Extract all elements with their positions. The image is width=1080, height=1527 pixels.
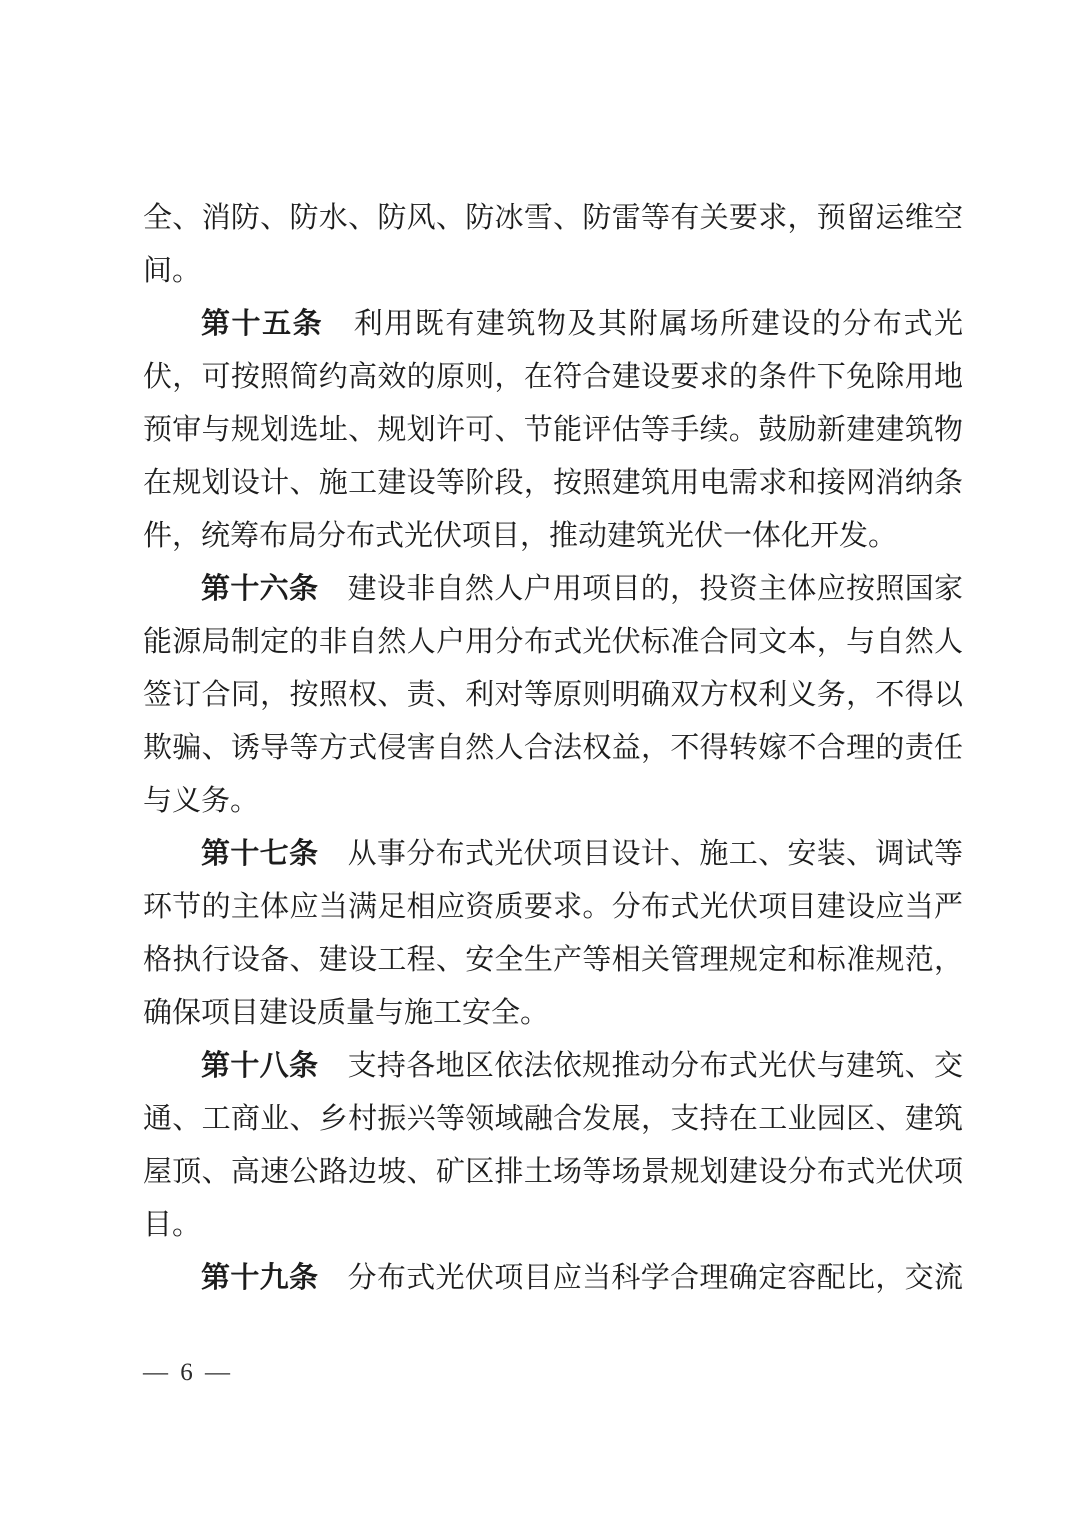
page-footer: — 6 —	[143, 1353, 233, 1393]
text-line: 预审与规划选址、规划许可、节能评估等手续。鼓励新建建筑物	[143, 404, 963, 457]
text-run: 从事分布式光伏项目设计、施工、安装、调试等	[318, 838, 963, 870]
text-run: 欺骗、诱导等方式侵害自然人合法权益，不得转嫁不合理的责任	[143, 732, 963, 764]
text-line: 通、工商业、乡村振兴等领域融合发展，支持在工业园区、建筑	[143, 1093, 963, 1146]
text-run: 环节的主体应当满足相应资质要求。分布式光伏项目建设应当严	[143, 891, 963, 923]
text-run: 伏，可按照简约高效的原则，在符合建设要求的条件下免除用地	[143, 361, 963, 393]
document-page: 全、消防、防水、防风、防冰雪、防雷等有关要求，预留运维空间。第十五条 利用既有建…	[0, 0, 1080, 1527]
text-run: 建设非自然人户用项目的，投资主体应按照国家	[318, 573, 963, 605]
text-line: 第十七条 从事分布式光伏项目设计、施工、安装、调试等	[143, 828, 963, 881]
text-line: 第十五条 利用既有建筑物及其附属场所建设的分布式光	[143, 298, 963, 351]
text-run: 在规划设计、施工建设等阶段，按照建筑用电需求和接网消纳条	[143, 467, 963, 499]
text-line: 屋顶、高速公路边坡、矿区排土场等场景规划建设分布式光伏项	[143, 1146, 963, 1199]
text-line: 全、消防、防水、防风、防冰雪、防雷等有关要求，预留运维空	[143, 192, 963, 245]
text-line: 欺骗、诱导等方式侵害自然人合法权益，不得转嫁不合理的责任	[143, 722, 963, 775]
text-line: 在规划设计、施工建设等阶段，按照建筑用电需求和接网消纳条	[143, 457, 963, 510]
text-line: 件，统筹布局分布式光伏项目，推动建筑光伏一体化开发。	[143, 510, 963, 563]
article-number: 第十七条	[201, 838, 318, 870]
text-run: 格执行设备、建设工程、安全生产等相关管理规定和标准规范，	[143, 944, 963, 976]
document-body: 全、消防、防水、防风、防冰雪、防雷等有关要求，预留运维空间。第十五条 利用既有建…	[143, 192, 963, 1305]
text-run: 屋顶、高速公路边坡、矿区排土场等场景规划建设分布式光伏项	[143, 1156, 963, 1188]
text-line: 伏，可按照简约高效的原则，在符合建设要求的条件下免除用地	[143, 351, 963, 404]
text-line: 格执行设备、建设工程、安全生产等相关管理规定和标准规范，	[143, 934, 963, 987]
text-line: 环节的主体应当满足相应资质要求。分布式光伏项目建设应当严	[143, 881, 963, 934]
text-run: 件，统筹布局分布式光伏项目，推动建筑光伏一体化开发。	[143, 520, 897, 552]
text-line: 目。	[143, 1199, 963, 1252]
text-run: 支持各地区依法依规推动分布式光伏与建筑、交	[318, 1050, 963, 1082]
article-number: 第十五条	[201, 308, 323, 340]
article-number: 第十九条	[201, 1262, 318, 1294]
text-run: 分布式光伏项目应当科学合理确定容配比，交流	[318, 1262, 963, 1294]
text-line: 能源局制定的非自然人户用分布式光伏标准合同文本，与自然人	[143, 616, 963, 669]
text-run: 间。	[143, 255, 201, 287]
text-line: 与义务。	[143, 775, 963, 828]
text-line: 第十六条 建设非自然人户用项目的，投资主体应按照国家	[143, 563, 963, 616]
page-number: — 6 —	[143, 1359, 233, 1386]
text-run: 全、消防、防水、防风、防冰雪、防雷等有关要求，预留运维空	[143, 202, 963, 234]
text-line: 签订合同，按照权、责、利对等原则明确双方权利义务，不得以	[143, 669, 963, 722]
text-line: 间。	[143, 245, 963, 298]
text-run: 预审与规划选址、规划许可、节能评估等手续。鼓励新建建筑物	[143, 414, 963, 446]
text-run: 目。	[143, 1209, 201, 1241]
text-run: 确保项目建设质量与施工安全。	[143, 997, 549, 1029]
text-run: 与义务。	[143, 785, 259, 817]
text-run: 利用既有建筑物及其附属场所建设的分布式光	[323, 308, 963, 340]
text-line: 第十八条 支持各地区依法依规推动分布式光伏与建筑、交	[143, 1040, 963, 1093]
text-line: 第十九条 分布式光伏项目应当科学合理确定容配比，交流	[143, 1252, 963, 1305]
text-run: 签订合同，按照权、责、利对等原则明确双方权利义务，不得以	[143, 679, 963, 711]
article-number: 第十六条	[201, 573, 318, 605]
article-number: 第十八条	[201, 1050, 318, 1082]
text-line: 确保项目建设质量与施工安全。	[143, 987, 963, 1040]
text-run: 通、工商业、乡村振兴等领域融合发展，支持在工业园区、建筑	[143, 1103, 963, 1135]
text-run: 能源局制定的非自然人户用分布式光伏标准合同文本，与自然人	[143, 626, 963, 658]
